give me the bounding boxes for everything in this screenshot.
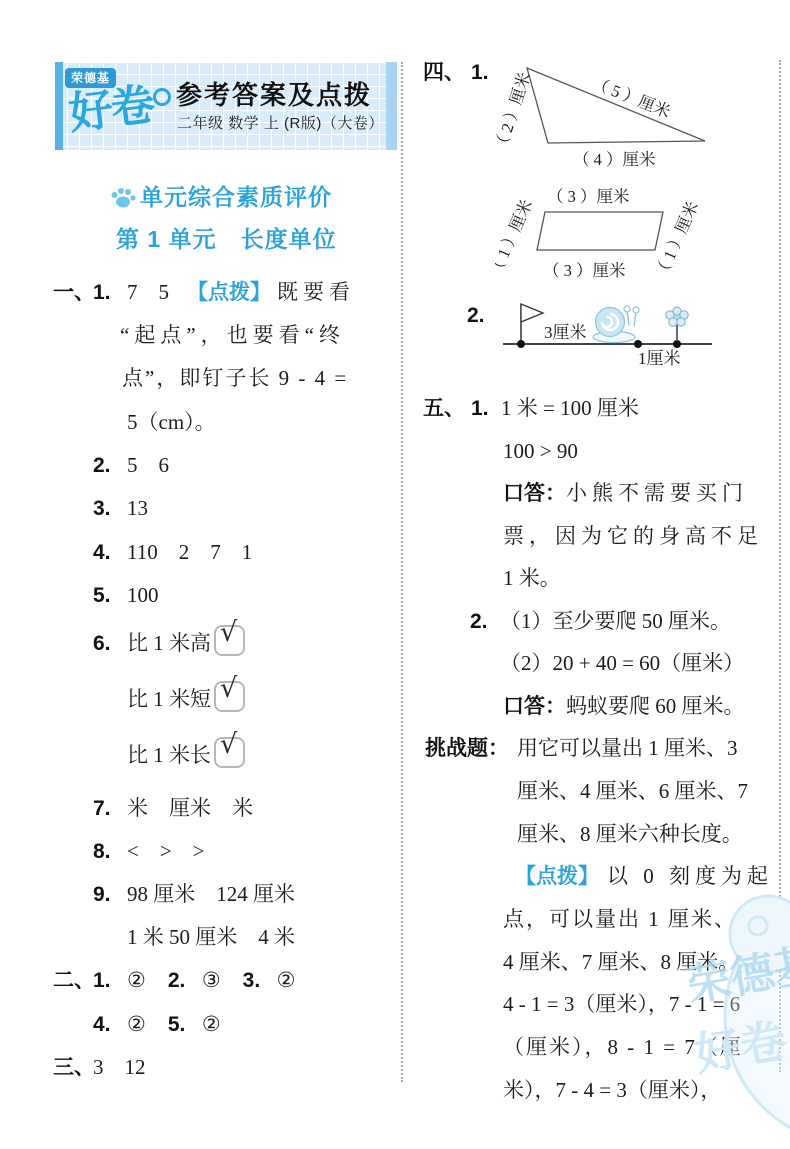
point-dot	[634, 340, 642, 348]
item-number: 7.	[93, 794, 127, 824]
answer-line: 挑战题：用它可以量出 1 厘米、3	[425, 733, 738, 764]
answer-value: 厘米、4 厘米、6 厘米、7	[517, 779, 748, 803]
answer-line: 2.5 6	[93, 450, 169, 481]
answer-value: ②	[127, 968, 146, 992]
eval-heading: 单元综合素质评价	[140, 183, 332, 211]
answer-value: 米 厘米 米	[127, 796, 253, 820]
hint-text: 点”，即钉子长 9 - 4 =	[122, 366, 348, 390]
hint-text: 点，可以量出 1 厘米、	[503, 907, 737, 931]
answer-line: 比 1 米短√	[127, 681, 245, 714]
answer-line: 厘米、8 厘米六种长度。	[517, 819, 743, 849]
hint-text: 米），7 - 4 = 3（厘米），	[503, 1078, 721, 1102]
paw-icon	[110, 186, 136, 210]
distance-label-top: 3厘米	[544, 323, 587, 342]
section-label: 一、	[53, 278, 93, 308]
answer-line: 4 - 1 = 3（厘米），7 - 1 = 6	[503, 989, 740, 1019]
item-number: 9.	[93, 880, 127, 910]
answer-line: 4.②5.②	[93, 1009, 221, 1040]
answer-line: 五、1.1 米 = 100 厘米	[423, 393, 639, 424]
answer-line: 口答：小熊不需要买门	[503, 478, 748, 509]
flower-icon	[666, 307, 688, 341]
triangle-top-label: （ 5 ）厘米	[590, 73, 674, 122]
point-dot	[517, 340, 525, 348]
header-banner: 荣德基 好卷 参考答案及点拨 二年级 数学 上 (R版)（大卷）	[55, 62, 397, 150]
item-number: 1.	[93, 966, 127, 996]
section-label: 五、	[423, 394, 471, 424]
answer-value: < > >	[127, 839, 205, 863]
distance-label-bottom: 1厘米	[638, 349, 681, 368]
hint-text: “起点”，也要看“终	[120, 323, 345, 347]
item-number: 6.	[93, 629, 127, 659]
check-mark-icon: √	[220, 674, 237, 704]
answer-line: 票，因为它的身高不足	[503, 521, 763, 551]
answer-value: ②	[127, 1012, 146, 1036]
oral-answer-label: 口答：	[503, 695, 566, 718]
check-mark-icon: √	[220, 730, 237, 760]
checkbox: √	[214, 625, 245, 656]
checkbox: √	[214, 737, 245, 768]
hint-text: （厘米），8 - 1 = 7（厘	[503, 1035, 743, 1059]
page-title: 参考答案及点拨	[176, 80, 372, 110]
answer-value: 1 米 50 厘米 4 米	[127, 925, 295, 949]
challenge-label: 挑战题：	[425, 734, 517, 764]
banner-left-strip	[55, 62, 63, 150]
item-number: 8.	[93, 837, 127, 867]
triangle-diagram: （ 5 ）厘米 （ 2 ）厘米 （ 4 ）厘米	[495, 53, 725, 173]
column-divider	[401, 62, 403, 1082]
banner-right-strip	[386, 62, 397, 150]
answer-value: 比 1 米短	[127, 687, 211, 711]
answer-value: 7 5	[127, 280, 169, 304]
right-page-rule	[779, 60, 781, 1072]
answer-value: 比 1 米长	[127, 743, 211, 767]
answer-value: 蚂蚁要爬 60 厘米。	[566, 694, 745, 718]
numberline-diagram: 3厘米 1厘米	[488, 293, 728, 368]
answer-line: 5.100	[93, 580, 159, 611]
answer-value: 1 米。	[503, 566, 561, 590]
triangle-bottom-label: （ 4 ）厘米	[573, 150, 656, 169]
check-mark-icon: √	[220, 618, 237, 648]
answer-line: 8.< > >	[93, 836, 205, 867]
item-number: 5.	[93, 581, 127, 611]
brand-logo: 好卷	[66, 81, 155, 139]
checkbox: √	[214, 681, 245, 712]
unit-heading: 第 1 单元 长度单位	[116, 225, 337, 253]
item-number: 5.	[168, 1010, 202, 1040]
triangle-shape	[527, 68, 705, 143]
answer-value: ③	[202, 968, 221, 992]
answer-line: 四、1.	[423, 57, 505, 88]
answer-value: 100 > 90	[503, 439, 578, 463]
answer-line: 1 米 50 厘米 4 米	[127, 922, 295, 952]
answer-value: （2）20 + 40 = 60（厘米）	[500, 651, 744, 675]
item-number: 2.	[470, 607, 500, 637]
section-label: 三、	[53, 1053, 93, 1083]
hint-text: 以 0 刻度为起	[607, 864, 773, 888]
hint-text: 4 厘米、7 厘米、8 厘米。	[503, 950, 739, 974]
answer-value: （1）至少要爬 50 厘米。	[500, 609, 731, 633]
answer-line: 厘米、4 厘米、6 厘米、7	[517, 776, 748, 806]
item-number: 2.	[168, 966, 202, 996]
answer-line: 【点拨】以 0 刻度为起	[515, 861, 773, 892]
answer-line: 口答：蚂蚁要爬 60 厘米。	[503, 691, 745, 722]
item-number: 1.	[93, 278, 127, 308]
hint-text: 4 - 1 = 3（厘米），7 - 1 = 6	[503, 992, 740, 1016]
answer-value: 13	[127, 496, 148, 520]
item-number: 1.	[471, 394, 501, 424]
answer-value: 3 12	[93, 1055, 146, 1079]
answer-line: 比 1 米长√	[127, 737, 245, 770]
answer-value: ②	[277, 968, 296, 992]
answer-line: 4.110 2 7 1	[93, 537, 252, 568]
flag-icon	[521, 304, 543, 322]
answer-line: 2.（1）至少要爬 50 厘米。	[470, 606, 731, 637]
answer-value: 100	[127, 583, 159, 607]
answer-line: 4 厘米、7 厘米、8 厘米。	[503, 947, 739, 977]
answer-value: 110 2 7 1	[127, 540, 252, 564]
answer-key-page: 荣德基 好卷 参考答案及点拨 二年级 数学 上 (R版)（大卷） 单元综合素质评…	[0, 0, 790, 1149]
answer-line: 米），7 - 4 = 3（厘米），	[503, 1075, 721, 1105]
answer-value: 比 1 米高	[127, 631, 211, 655]
item-number: 4.	[93, 1010, 127, 1040]
answer-value: 厘米、8 厘米六种长度。	[517, 822, 743, 846]
oral-answer-label: 口答：	[503, 482, 566, 505]
hint-text: 既要看	[277, 280, 355, 304]
parallelogram-top-label: （ 3 ）厘米	[547, 187, 630, 206]
answer-line: （2）20 + 40 = 60（厘米）	[500, 648, 744, 678]
answer-line: 三、3 12	[53, 1052, 146, 1083]
item-number: 4.	[93, 538, 127, 568]
answer-line: 100 > 90	[503, 436, 578, 466]
answer-line: 点，可以量出 1 厘米、	[503, 904, 737, 934]
answer-value: 票，因为它的身高不足	[503, 524, 763, 548]
answer-value: 小熊不需要买门	[566, 481, 748, 505]
watermark-mascot-eye	[749, 917, 767, 935]
answer-line: 6.比 1 米高√	[93, 625, 245, 659]
parallelogram-right-label: （ 1 ）厘米	[651, 199, 702, 282]
section-label: 二、	[53, 966, 93, 996]
item-number: 2.	[93, 451, 127, 481]
answer-line: （厘米），8 - 1 = 7（厘	[503, 1032, 743, 1062]
item-number: 3.	[93, 494, 127, 524]
answer-value: ②	[202, 1012, 221, 1036]
parallelogram-bottom-label: （ 3 ）厘米	[543, 261, 626, 280]
page-subtitle: 二年级 数学 上 (R版)（大卷）	[177, 114, 384, 134]
answer-line: 一、1.7 5【点拨】既要看	[53, 277, 355, 308]
triangle-left-label: （ 2 ）厘米	[495, 70, 534, 154]
answer-value: 98 厘米 124 厘米	[127, 882, 295, 906]
answer-line: 7.米 厘米 米	[93, 793, 253, 824]
hint-label: 【点拨】	[187, 281, 271, 304]
answer-value: 5 6	[127, 453, 169, 477]
answer-line: 3.13	[93, 493, 148, 524]
hint-label: 【点拨】	[515, 865, 599, 888]
answer-line: 1 米。	[503, 563, 561, 593]
parallelogram-left-label: （ 1 ）厘米	[495, 197, 536, 280]
snail-icon	[593, 306, 639, 343]
answer-line: 二、1.②2.③3.②	[53, 965, 295, 996]
logo-circle-icon	[153, 88, 171, 106]
hint-text: 5（cm）。	[127, 410, 216, 434]
parallelogram-diagram: （ 3 ）厘米 （ 3 ）厘米 （ 1 ）厘米 （ 1 ）厘米	[495, 182, 725, 287]
answer-line: 点”，即钉子长 9 - 4 =	[122, 363, 348, 393]
section-label: 四、	[423, 58, 471, 88]
item-number: 3.	[243, 966, 277, 996]
answer-line: “起点”，也要看“终	[120, 320, 345, 350]
answer-line: 9.98 厘米 124 厘米	[93, 879, 295, 910]
point-dot	[673, 340, 681, 348]
answer-line: 5（cm）。	[127, 407, 216, 437]
answer-value: 1 米 = 100 厘米	[501, 396, 639, 420]
parallelogram-shape	[537, 212, 663, 250]
answer-value: 用它可以量出 1 厘米、3	[517, 736, 738, 760]
